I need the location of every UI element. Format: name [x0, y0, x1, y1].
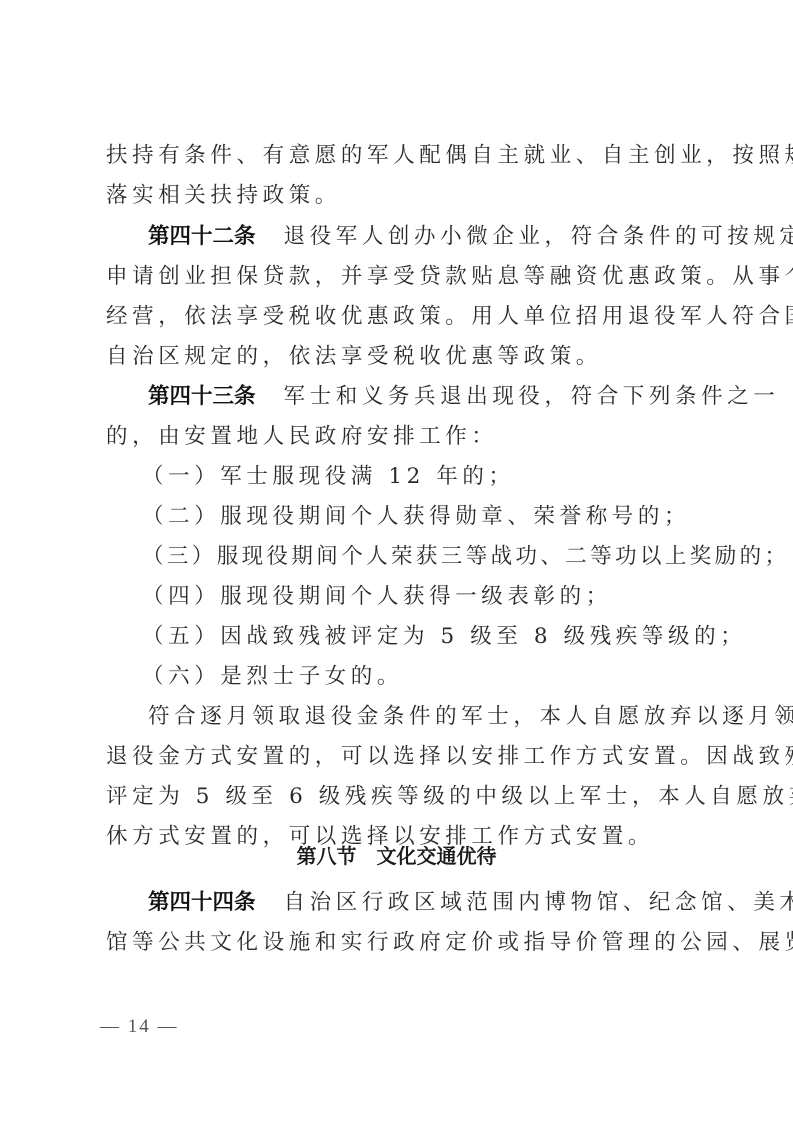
article-43-text: 军士和义务兵退出现役，符合下列条件之一: [284, 384, 780, 409]
section-heading: 第八节 文化交通优待: [0, 841, 793, 871]
article-42-text: 退役军人创办小微企业，符合条件的可按规定: [284, 224, 793, 249]
list-item: （六）是烈士子女的。: [142, 662, 708, 692]
page-number: — 14 —: [100, 1016, 179, 1038]
list-item: （五）因战致残被评定为 5 级至 8 级残疾等级的；: [142, 622, 708, 652]
article-44-text: 自治区行政区域范围内博物馆、纪念馆、美术: [284, 890, 793, 915]
article-42-first-line: 第四十二条退役军人创办小微企业，符合条件的可按规定: [148, 222, 714, 252]
article-44-first-line: 第四十四条自治区行政区域范围内博物馆、纪念馆、美术: [148, 888, 714, 918]
article-43-first-line: 第四十三条军士和义务兵退出现役，符合下列条件之一: [148, 382, 714, 412]
list-item: （一）军士服现役满 12 年的；: [142, 462, 708, 492]
article-42-title: 第四十二条: [148, 224, 256, 249]
paragraph-line: 经营，依法享受税收优惠政策。用人单位招用退役军人符合国家、: [106, 302, 714, 332]
paragraph-line: 符合逐月领取退役金条件的军士，本人自愿放弃以逐月领取: [148, 702, 714, 732]
list-item: （四）服现役期间个人获得一级表彰的；: [142, 582, 708, 612]
article-44-title: 第四十四条: [148, 890, 256, 915]
paragraph-line: 扶持有条件、有意愿的军人配偶自主就业、自主创业，按照规定: [106, 141, 714, 171]
paragraph-line: 评定为 5 级至 6 级残疾等级的中级以上军士，本人自愿放弃以退: [106, 782, 714, 812]
list-item: （三）服现役期间个人荣获三等战功、二等功以上奖励的；: [142, 542, 708, 572]
paragraph-line: 自治区规定的，依法享受税收优惠等政策。: [106, 342, 714, 372]
paragraph-line: 退役金方式安置的，可以选择以安排工作方式安置。因战致残被: [106, 742, 714, 772]
paragraph-line: 的，由安置地人民政府安排工作：: [106, 422, 714, 452]
paragraph-line: 馆等公共文化设施和实行政府定价或指导价管理的公园、展览: [106, 928, 714, 958]
document-page: 扶持有条件、有意愿的军人配偶自主就业、自主创业，按照规定 落实相关扶持政策。 第…: [0, 0, 793, 1121]
paragraph-line: 申请创业担保贷款，并享受贷款贴息等融资优惠政策。从事个体: [106, 262, 714, 292]
article-43-title: 第四十三条: [148, 384, 256, 409]
list-item: （二）服现役期间个人获得勋章、荣誉称号的；: [142, 502, 708, 532]
paragraph-line: 落实相关扶持政策。: [106, 181, 714, 211]
